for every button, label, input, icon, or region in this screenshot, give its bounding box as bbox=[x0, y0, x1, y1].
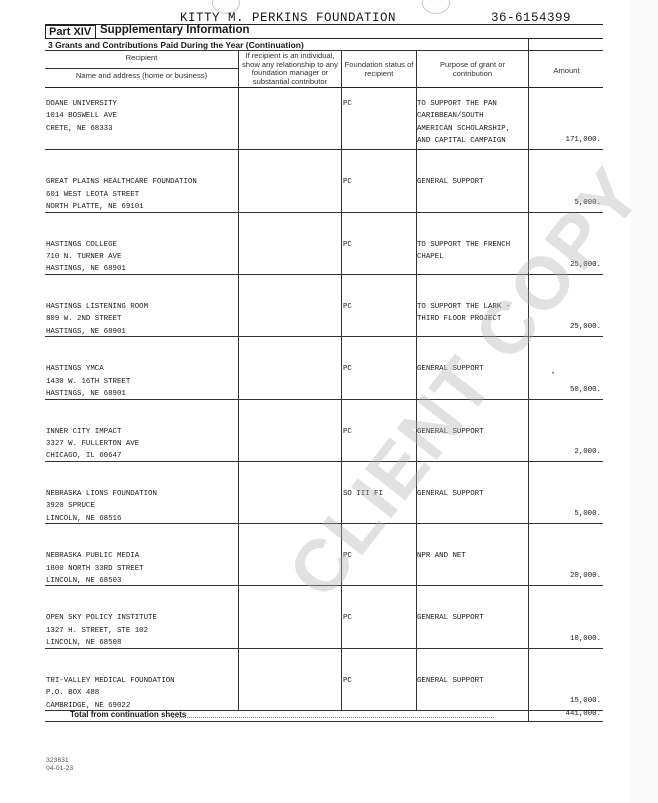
row-divider bbox=[45, 648, 603, 649]
header-recipient: Recipient bbox=[45, 54, 238, 63]
foundation-status: PC bbox=[343, 426, 352, 438]
recipient-address: 3327 W. FULLERTON AVE bbox=[46, 438, 139, 450]
grant-amount: 50,000. bbox=[521, 386, 601, 394]
column-divider bbox=[238, 50, 239, 711]
grant-amount: 5,000. bbox=[521, 510, 601, 518]
grant-amount: 171,000. bbox=[521, 136, 601, 144]
grant-purpose: GENERAL SUPPORT bbox=[417, 612, 484, 624]
form-code: 323631 bbox=[46, 757, 73, 765]
grant-purpose: NPR AND NET bbox=[417, 550, 466, 562]
foundation-status: PC bbox=[343, 301, 352, 313]
foundation-status: PC bbox=[343, 612, 352, 624]
recipient-address: 1430 W. 16TH STREET bbox=[46, 376, 130, 388]
recipient-name: OPEN SKY POLICY INSTITUTE bbox=[46, 612, 157, 624]
header-amount: Amount bbox=[530, 67, 603, 76]
leader-dots bbox=[172, 717, 494, 718]
grant-purpose: TO SUPPORT THE FRENCH CHAPEL bbox=[417, 239, 510, 264]
recipient-city: LINCOLN, NE 68503 bbox=[46, 575, 121, 587]
grant-purpose: GENERAL SUPPORT bbox=[417, 426, 484, 438]
grant-purpose: GENERAL SUPPORT bbox=[417, 176, 484, 188]
column-divider bbox=[341, 50, 342, 711]
recipient-city: HASTINGS, NE 68901 bbox=[46, 388, 126, 400]
total-label: Total from continuation sheets bbox=[70, 710, 186, 719]
row-divider bbox=[45, 274, 603, 275]
recipient-address: 809 W. 2ND STREET bbox=[46, 313, 121, 325]
row-divider bbox=[45, 461, 603, 462]
recipient-name: INNER CITY IMPACT bbox=[46, 426, 121, 438]
grant-purpose: GENERAL SUPPORT bbox=[417, 488, 484, 500]
grant-amount: 5,000. bbox=[521, 199, 601, 207]
foundation-status: PC bbox=[343, 363, 352, 375]
grant-amount: 10,000. bbox=[521, 635, 601, 643]
divider bbox=[45, 68, 238, 69]
punch-hole bbox=[422, 0, 450, 14]
row-divider bbox=[45, 399, 603, 400]
recipient-city: CHICAGO, IL 60647 bbox=[46, 450, 121, 462]
row-divider bbox=[45, 523, 603, 524]
foundation-status: PC bbox=[343, 550, 352, 562]
recipient-city: HASTINGS, NE 68901 bbox=[46, 263, 126, 275]
grant-purpose: GENERAL SUPPORT bbox=[417, 675, 484, 687]
form-page: KITTY M. PERKINS FOUNDATION 36-6154399 P… bbox=[0, 0, 658, 803]
stray-mark: • bbox=[552, 371, 554, 377]
form-date: 04-01-23 bbox=[46, 765, 73, 773]
foundation-status: PC bbox=[343, 239, 352, 251]
foundation-status: PC bbox=[343, 675, 352, 687]
recipient-name: HASTINGS COLLEGE bbox=[46, 239, 117, 251]
header-name-address: Name and address (home or business) bbox=[45, 72, 238, 81]
recipient-address: 3920 SPRUCE bbox=[46, 500, 95, 512]
foundation-status: PC bbox=[343, 176, 352, 188]
grant-amount: 20,000. bbox=[521, 572, 601, 580]
recipient-name: NEBRASKA PUBLIC MEDIA bbox=[46, 550, 139, 562]
scan-edge bbox=[630, 0, 658, 803]
total-amount: 441,000. bbox=[521, 710, 601, 718]
recipient-name: GREAT PLAINS HEALTHCARE FOUNDATION bbox=[46, 176, 197, 188]
foundation-status: PC bbox=[343, 98, 352, 110]
header-status: Foundation status of recipient bbox=[344, 61, 414, 78]
recipient-name: HASTINGS YMCA bbox=[46, 363, 104, 375]
recipient-city: LINCOLN, NE 68516 bbox=[46, 513, 121, 525]
row-divider bbox=[45, 585, 603, 586]
recipient-city: CRETE, NE 68333 bbox=[46, 123, 113, 135]
recipient-address: 1014 BOSWELL AVE bbox=[46, 110, 117, 122]
watermark: CLIENT COPY bbox=[271, 152, 658, 614]
part-label: Part XIV bbox=[45, 25, 96, 39]
recipient-name: NEBRASKA LIONS FOUNDATION bbox=[46, 488, 157, 500]
recipient-city: NORTH PLATTE, NE 69101 bbox=[46, 201, 144, 213]
part-title: Supplementary Information bbox=[100, 24, 250, 36]
grant-amount: 2,000. bbox=[521, 448, 601, 456]
recipient-address: 601 WEST LEOTA STREET bbox=[46, 189, 139, 201]
recipient-name: DOANE UNIVERSITY bbox=[46, 98, 117, 110]
header-purpose: Purpose of grant or contribution bbox=[425, 61, 520, 78]
header-relationship: If recipient is an individual, show any … bbox=[241, 52, 339, 86]
divider bbox=[45, 87, 603, 88]
grant-purpose: TO SUPPORT THE LARK - THIRD FLOOR PROJEC… bbox=[417, 301, 510, 326]
grant-amount: 15,000. bbox=[521, 697, 601, 705]
row-divider bbox=[45, 336, 603, 337]
grant-amount: 25,000. bbox=[521, 261, 601, 269]
grant-purpose: GENERAL SUPPORT bbox=[417, 363, 484, 375]
organization-name: KITTY M. PERKINS FOUNDATION bbox=[180, 11, 396, 25]
ein-number: 36-6154399 bbox=[491, 11, 571, 25]
recipient-address: 1800 NORTH 33RD STREET bbox=[46, 563, 144, 575]
form-footer: 323631 04-01-23 bbox=[46, 757, 73, 772]
recipient-address: 710 N. TURNER AVE bbox=[46, 251, 121, 263]
row-divider bbox=[45, 149, 603, 150]
grant-amount: 25,000. bbox=[521, 323, 601, 331]
section-title: 3 Grants and Contributions Paid During t… bbox=[48, 40, 304, 50]
foundation-status: SO III FI bbox=[343, 488, 383, 500]
recipient-name: HASTINGS LISTENING ROOM bbox=[46, 301, 148, 313]
divider bbox=[45, 721, 603, 722]
recipient-address: 1327 H. STREET, STE 102 bbox=[46, 625, 148, 637]
recipient-city: HASTINGS, NE 68901 bbox=[46, 326, 126, 338]
recipient-address: P.O. BOX 488 bbox=[46, 687, 99, 699]
divider bbox=[45, 38, 603, 39]
recipient-city: LINCOLN, NE 68508 bbox=[46, 637, 121, 649]
grant-purpose: TO SUPPORT THE PAN CARIBBEAN/SOUTH AMERI… bbox=[417, 98, 510, 148]
recipient-name: TRI-VALLEY MEDICAL FOUNDATION bbox=[46, 675, 175, 687]
